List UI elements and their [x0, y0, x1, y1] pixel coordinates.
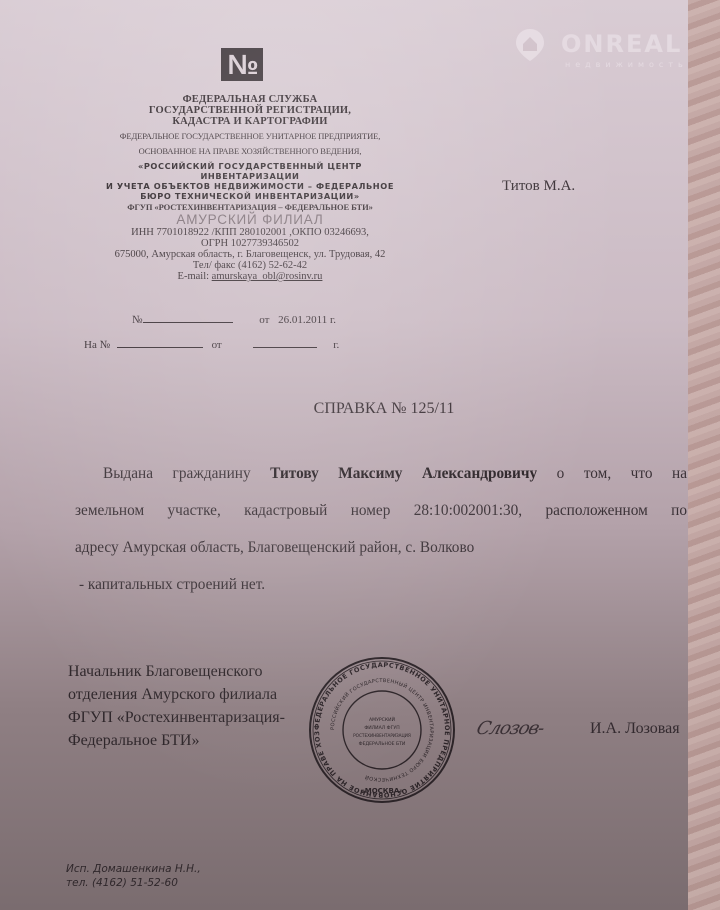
email-label: E-mail: — [178, 271, 212, 282]
letterhead-line: БЮРО ТЕХНИЧЕСКОЙ ИНВЕНТАРИЗАЦИИ» — [40, 191, 460, 201]
reply-to-row: На № от г. — [84, 339, 339, 351]
executor-info: Исп. Домашенкина Н.Н., тел. (4162) 51-52… — [66, 862, 201, 890]
body-line-2: земельном участке, кадастровый номер 28:… — [75, 492, 687, 529]
outgoing-number-label: № — [132, 314, 143, 326]
letterhead-line: И УЧЕТА ОБЪЕКТОВ НЕДВИЖИМОСТИ – ФЕДЕРАЛЬ… — [40, 181, 460, 191]
outgoing-date: 26.01.2011 г. — [278, 314, 336, 326]
body-intro: Выдана гражданину — [103, 465, 270, 482]
signer-position-line: Начальник Благовещенского — [68, 660, 285, 683]
body-line-4: - капитальных строений нет. — [75, 566, 687, 603]
document-page: № ФЕДЕРАЛЬНАЯ СЛУЖБА ГОСУДАРСТВЕННОЙ РЕГ… — [0, 0, 688, 910]
reply-to-label: На № — [84, 339, 110, 351]
recipient-name: Титов М.А. — [502, 178, 575, 195]
requisites-line: ИНН 7701018922 /КПП 280102001 ,ОКПО 0324… — [40, 227, 460, 238]
letterhead-line: ФЕДЕРАЛЬНАЯ СЛУЖБА — [40, 94, 460, 105]
body-line-1: Выдана гражданину Титову Максиму Алексан… — [75, 455, 687, 492]
reply-date-blank — [253, 346, 317, 348]
signer-name: И.А. Лозовая — [590, 720, 680, 738]
reply-date-label: от — [212, 339, 222, 351]
document-title: СПРАВКА № 125/11 — [0, 400, 688, 418]
letterhead: ФЕДЕРАЛЬНАЯ СЛУЖБА ГОСУДАРСТВЕННОЙ РЕГИС… — [40, 94, 460, 282]
email-line: E-mail: amurskaya_obl@rosinv.ru — [40, 271, 460, 282]
body-line-1-rest: о том, что на — [537, 465, 687, 482]
document-body: Выдана гражданину Титову Максиму Алексан… — [75, 455, 687, 603]
outgoing-date-label: от — [259, 314, 269, 326]
svg-text:АМУРСКИЙ: АМУРСКИЙ — [369, 716, 395, 723]
branch-name: АМУРСКИЙ ФИЛИАЛ — [40, 212, 460, 227]
watermark-subtitle: недвижимость — [565, 60, 688, 69]
signer-position: Начальник Благовещенского отделения Амур… — [68, 660, 285, 752]
letterhead-line: «РОССИЙСКИЙ ГОСУДАРСТВЕННЫЙ ЦЕНТР — [40, 161, 460, 171]
official-stamp-icon: ФЕДЕРАЛЬНОЕ ГОСУДАРСТВЕННОЕ УНИТАРНОЕ ПР… — [307, 655, 457, 805]
signer-position-line: Федеральное БТИ» — [68, 729, 285, 752]
person-name: Титову Максиму Александровичу — [270, 465, 537, 482]
requisites-line: Тел/ факс (4162) 52-62-42 — [40, 260, 460, 271]
handwritten-signature: Слозов- — [474, 718, 546, 739]
email-link[interactable]: amurskaya_obl@rosinv.ru — [212, 271, 323, 282]
svg-text:ФИЛИАЛ ФГУП: ФИЛИАЛ ФГУП — [364, 725, 399, 731]
background-surface — [684, 0, 720, 910]
requisites-line: ОГРН 1027739346502 — [40, 238, 460, 249]
signer-position-line: ФГУП «Ростехинвентаризация- — [68, 706, 285, 729]
signer-position-line: отделения Амурского филиала — [68, 683, 285, 706]
watermark-brand: ONREAL — [561, 30, 682, 58]
executor-name: Исп. Домашенкина Н.Н., — [66, 862, 201, 876]
reply-number-blank — [117, 346, 203, 348]
svg-text:РОСТЕХИНВЕНТАРИЗАЦИЯ: РОСТЕХИНВЕНТАРИЗАЦИЯ — [353, 733, 411, 738]
onreal-watermark: ONREAL недвижимость — [495, 22, 695, 82]
letterhead-line: ИНВЕНТАРИЗАЦИИ — [40, 171, 460, 181]
letterhead-line: ФЕДЕРАЛЬНОЕ ГОСУДАРСТВЕННОЕ УНИТАРНОЕ ПР… — [40, 131, 460, 141]
executor-phone: тел. (4162) 51-52-60 — [66, 876, 201, 890]
svg-text:ФЕДЕРАЛЬНОЕ БТИ: ФЕДЕРАЛЬНОЕ БТИ — [359, 741, 406, 747]
letterhead-line: ФГУП «РОСТЕХИНВЕНТАРИЗАЦИЯ – ФЕДЕРАЛЬНОЕ… — [40, 202, 460, 212]
requisites-line: 675000, Амурская область, г. Благовещенс… — [40, 249, 460, 260]
outgoing-number-row: № от 26.01.2011 г. — [132, 314, 336, 326]
letterhead-line: ОСНОВАННОЕ НА ПРАВЕ ХОЗЯЙСТВЕННОГО ВЕДЕН… — [40, 146, 460, 156]
letterhead-line: КАДАСТРА И КАРТОГРАФИИ — [40, 116, 460, 127]
numero-logo-icon: № — [221, 48, 263, 81]
reply-year-suffix: г. — [333, 339, 339, 351]
body-line-3: адресу Амурская область, Благовещенский … — [75, 529, 687, 566]
outgoing-number-blank — [143, 321, 233, 323]
letterhead-line: ГОСУДАРСТВЕННОЙ РЕГИСТРАЦИИ, — [40, 105, 460, 116]
stamp-city: «МОСКВА» — [360, 787, 404, 795]
house-pin-icon — [515, 28, 545, 62]
